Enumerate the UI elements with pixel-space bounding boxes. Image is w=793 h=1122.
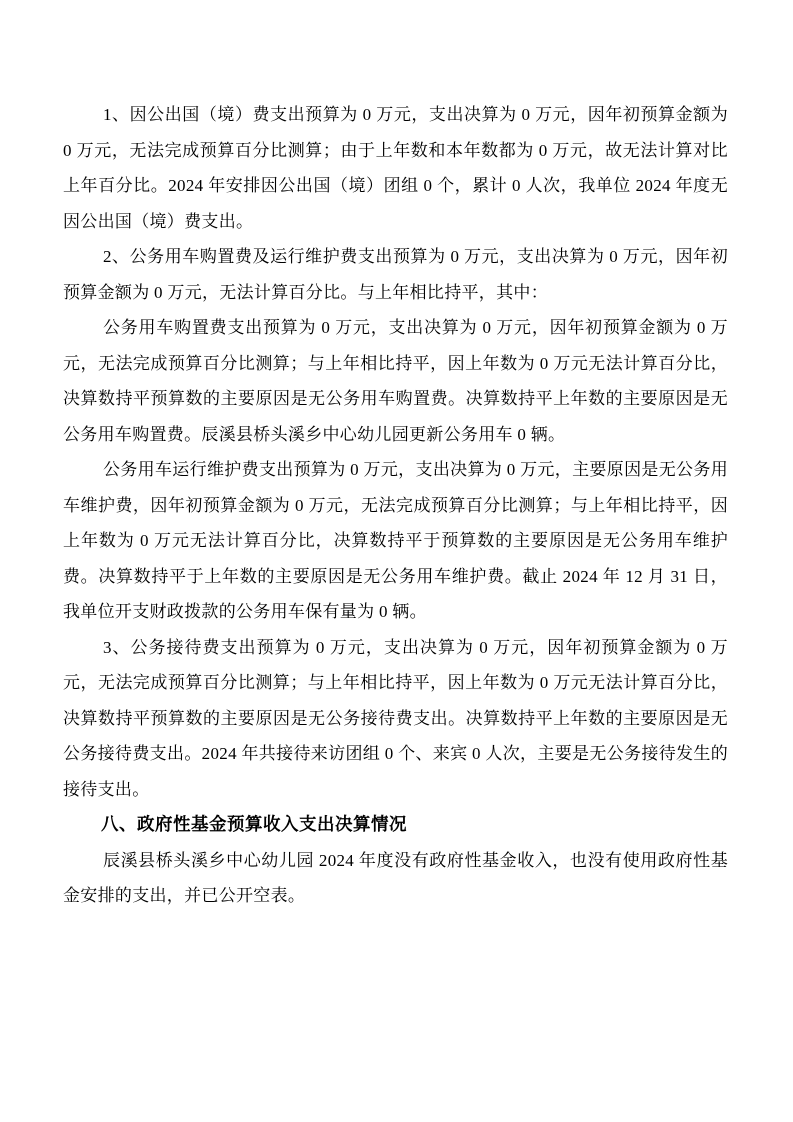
paragraph-gov-fund-statement: 辰溪县桥头溪乡中心幼儿园 2024 年度没有政府性基金收入，也没有使用政府性基金… <box>63 843 728 914</box>
paragraph-official-reception: 3、公务接待费支出预算为 0 万元，支出决算为 0 万元，因年初预算金额为 0 … <box>63 630 728 808</box>
document-body: 1、因公出国（境）费支出预算为 0 万元，支出决算为 0 万元，因年初预算金额为… <box>63 97 728 914</box>
section-heading-gov-fund-budget: 八、政府性基金预算收入支出决算情况 <box>63 807 728 843</box>
document-page: 1、因公出国（境）费支出预算为 0 万元，支出决算为 0 万元，因年初预算金额为… <box>0 0 793 1122</box>
paragraph-vehicle-purchase: 公务用车购置费支出预算为 0 万元，支出决算为 0 万元，因年初预算金额为 0 … <box>63 310 728 452</box>
paragraph-abroad-expense: 1、因公出国（境）费支出预算为 0 万元，支出决算为 0 万元，因年初预算金额为… <box>63 97 728 239</box>
paragraph-vehicle-maintenance: 公务用车运行维护费支出预算为 0 万元，支出决算为 0 万元，主要原因是无公务用… <box>63 452 728 630</box>
paragraph-vehicle-total: 2、公务用车购置费及运行维护费支出预算为 0 万元，支出决算为 0 万元，因年初… <box>63 239 728 310</box>
